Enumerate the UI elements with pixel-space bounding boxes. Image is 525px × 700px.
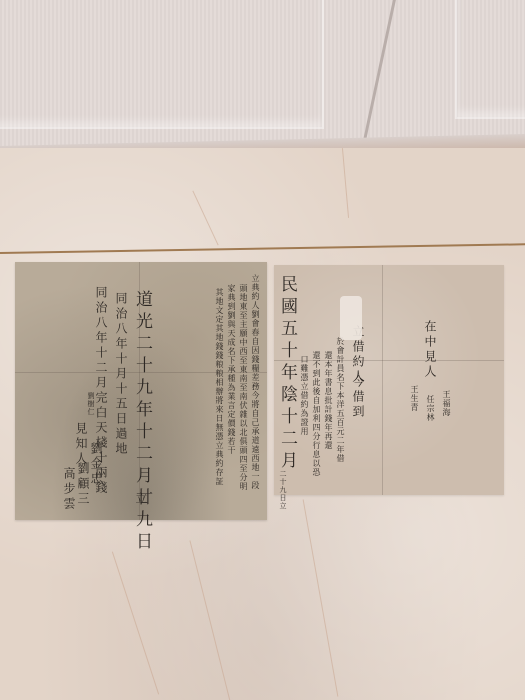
loan-body-column: 口難憑立借約為證用 — [300, 355, 308, 436]
middleman-name: 任宗林 — [426, 395, 434, 422]
contract-body-column: 其地文定其地錢錢粮粮相辦將來日無憑立典約存証 — [215, 288, 223, 486]
marble-vein — [303, 499, 339, 696]
right-loan-document: 民國五十年陰十二月 二十九日立 立借約人 今借到 於會計員名下本洋五百元二年借 … — [274, 265, 504, 495]
photo-scene: 立典約人劉會春自因錢糧差務今將自己承道遠西地一段 頭地東至主願中西至東南至南伏雜… — [0, 0, 525, 700]
witness-name: 劉金忠 — [90, 442, 102, 487]
marble-vein — [112, 552, 159, 695]
paneled-wall — [0, 0, 525, 150]
middleman-name: 王生青 — [410, 385, 418, 412]
loan-body-column: 還不到此後自加利四分行息以恐 — [312, 351, 320, 477]
witness-name: 高步雲 — [63, 467, 75, 512]
contract-body-column: 家典到劉與天成名下承種為業言定價錢若干 — [227, 284, 235, 455]
loan-body-column: 於會計員名下本洋五百元二年借 — [336, 337, 344, 463]
middleman-name: 王福海 — [442, 390, 450, 417]
wall-panel — [455, 0, 525, 119]
scribe-name: 劉樹仁 — [87, 392, 94, 416]
witness-name: 劉顧三 — [77, 462, 89, 507]
witness-label: 見知人 — [75, 422, 87, 467]
loan-date: 民國五十年陰十二月 — [278, 275, 295, 473]
loan-amount: 今借到 — [352, 375, 364, 420]
contract-body-column: 頭地東至主願中西至東南至南伏雜以北俱頭四至分明 — [239, 284, 247, 491]
later-note: 同治八年十月十五日過地 — [115, 292, 127, 457]
marble-vein — [342, 148, 349, 218]
paper-tear — [340, 296, 362, 340]
left-contract-document: 立典約人劉會春自因錢糧差務今將自己承道遠西地一段 頭地東至主願中西至東南至南伏雜… — [15, 262, 267, 520]
loan-body-column: 還本年書息批計錢年再還 — [324, 351, 332, 450]
contract-signature-mark: 立 — [135, 492, 147, 507]
contract-date: 道光二十九年十二月廿九日 — [133, 290, 150, 554]
middleman-label: 在中見人 — [424, 320, 436, 380]
marble-vein — [189, 540, 231, 700]
wall-seam — [363, 0, 396, 140]
marble-vein — [192, 191, 218, 246]
paper-fold — [382, 265, 383, 495]
contract-body-column: 立典約人劉會春自因錢糧差務今將自己承道遠西地一段 — [251, 274, 259, 490]
loan-date-tail: 二十九日立 — [279, 470, 286, 510]
wall-panel — [0, 0, 324, 129]
